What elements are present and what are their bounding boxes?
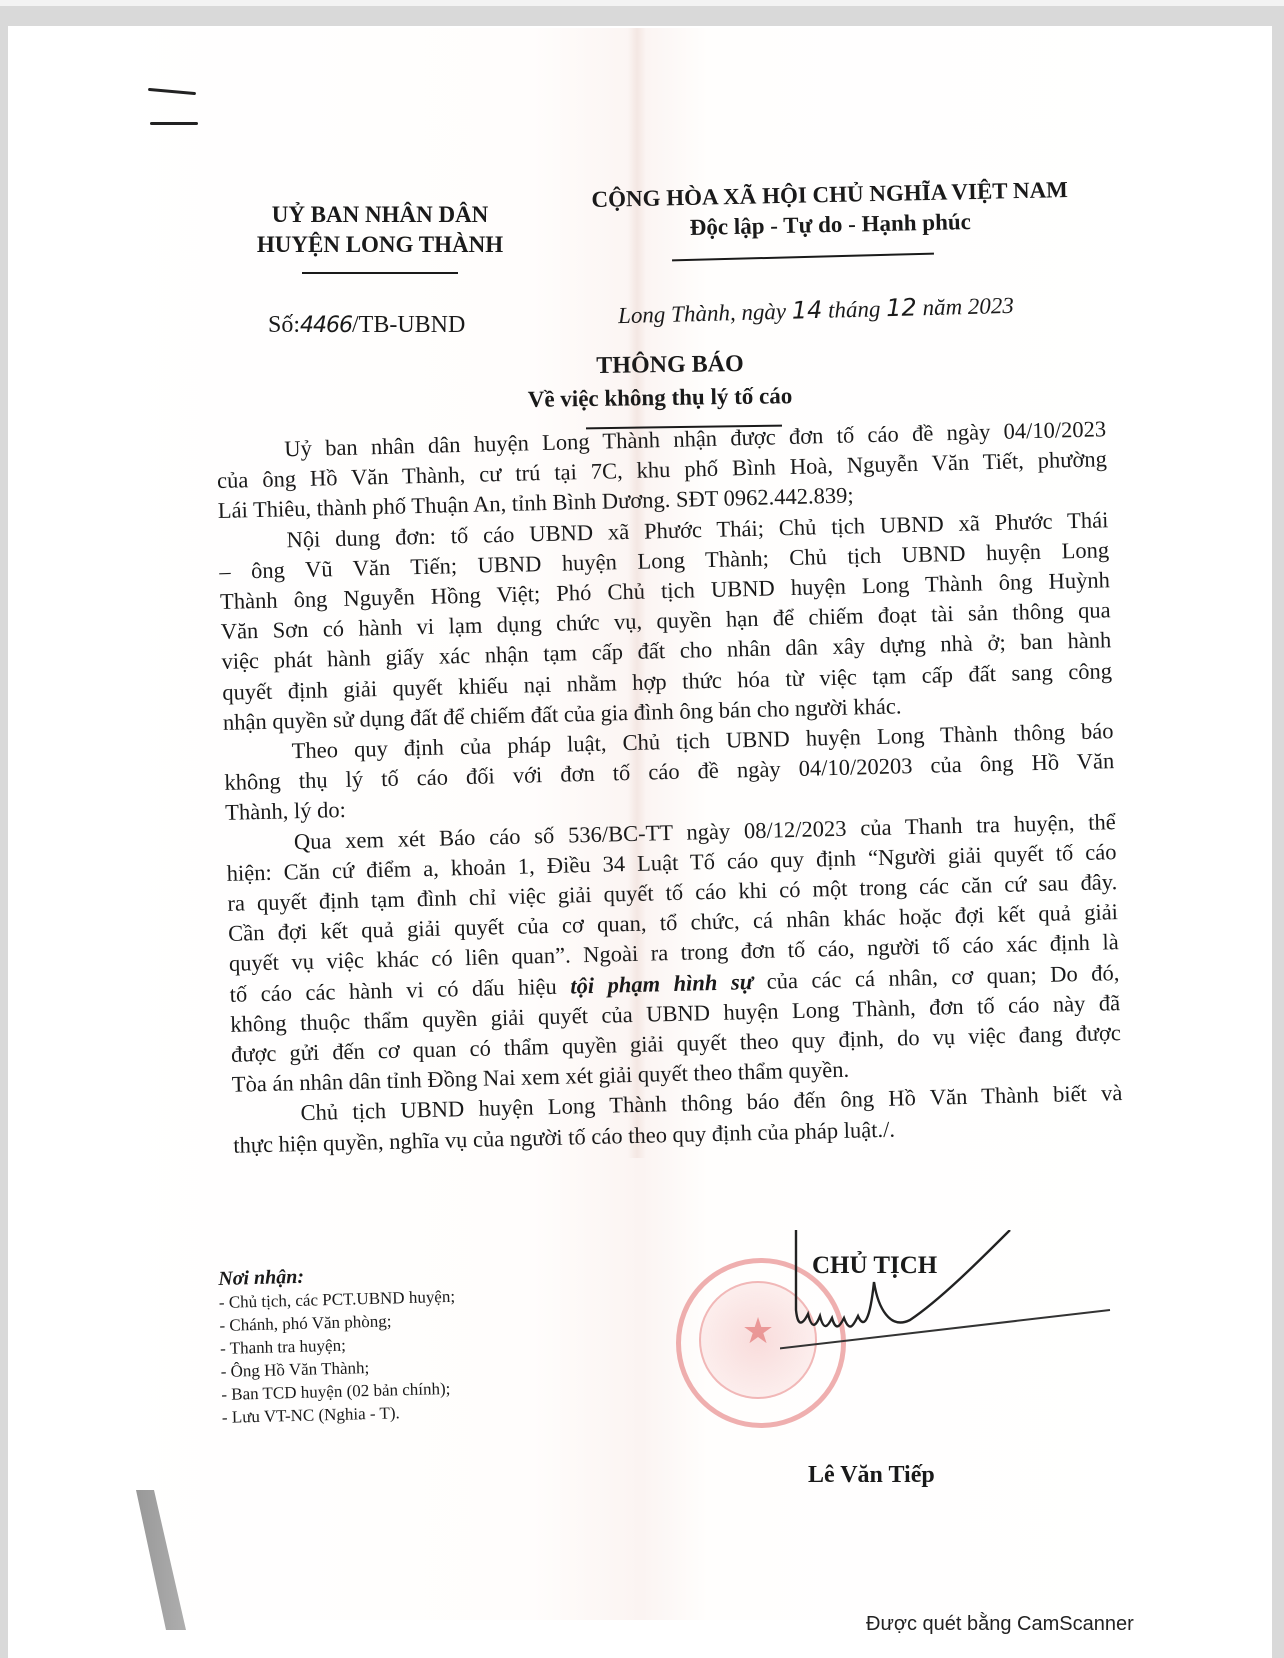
national-header: CỘNG HÒA XÃ HỘI CHỦ NGHĨA VIỆT NAM Độc l…	[579, 175, 1080, 245]
doc-number-handwritten: 4466	[300, 313, 352, 338]
agency-line-2: HUYỆN LONG THÀNH	[240, 230, 520, 260]
date-month-label: tháng	[828, 296, 881, 322]
emphasis-criminal-offense: tội phạm hình sự	[570, 969, 753, 998]
handwritten-signature	[780, 1230, 1120, 1380]
date-place-day: Long Thành, ngày	[618, 299, 787, 328]
issuing-agency: UỶ BAN NHÂN DÂN HUYỆN LONG THÀNH	[240, 200, 520, 260]
signer-name: Lê Văn Tiếp	[808, 1462, 935, 1489]
document-body: Uỷ ban nhân dân huyện Long Thành nhận đư…	[216, 414, 1123, 1160]
date-year: năm 2023	[922, 293, 1014, 320]
pen-mark	[150, 122, 198, 125]
document-number: Số:4466/TB-UBND	[268, 312, 465, 339]
agency-underline	[302, 272, 458, 274]
doc-number-prefix: Số:	[268, 312, 300, 338]
viewer-top-strip	[0, 0, 1284, 6]
document-title: THÔNG BÁO	[520, 350, 820, 381]
date-day: 14	[791, 296, 822, 325]
recipients-list: Nơi nhận: - Chủ tịch, các PCT.UBND huyện…	[218, 1262, 458, 1429]
date-month: 12	[886, 293, 917, 322]
agency-line-1: UỶ BAN NHÂN DÂN	[240, 200, 520, 230]
body-text: tố cáo các hành vi có dấu hiệu	[229, 973, 570, 1006]
camscanner-watermark: Được quét bằng CamScanner	[866, 1613, 1134, 1636]
doc-number-suffix: /TB-UBND	[352, 312, 465, 338]
document-subtitle: Về việc không thụ lý tố cáo	[470, 382, 850, 413]
